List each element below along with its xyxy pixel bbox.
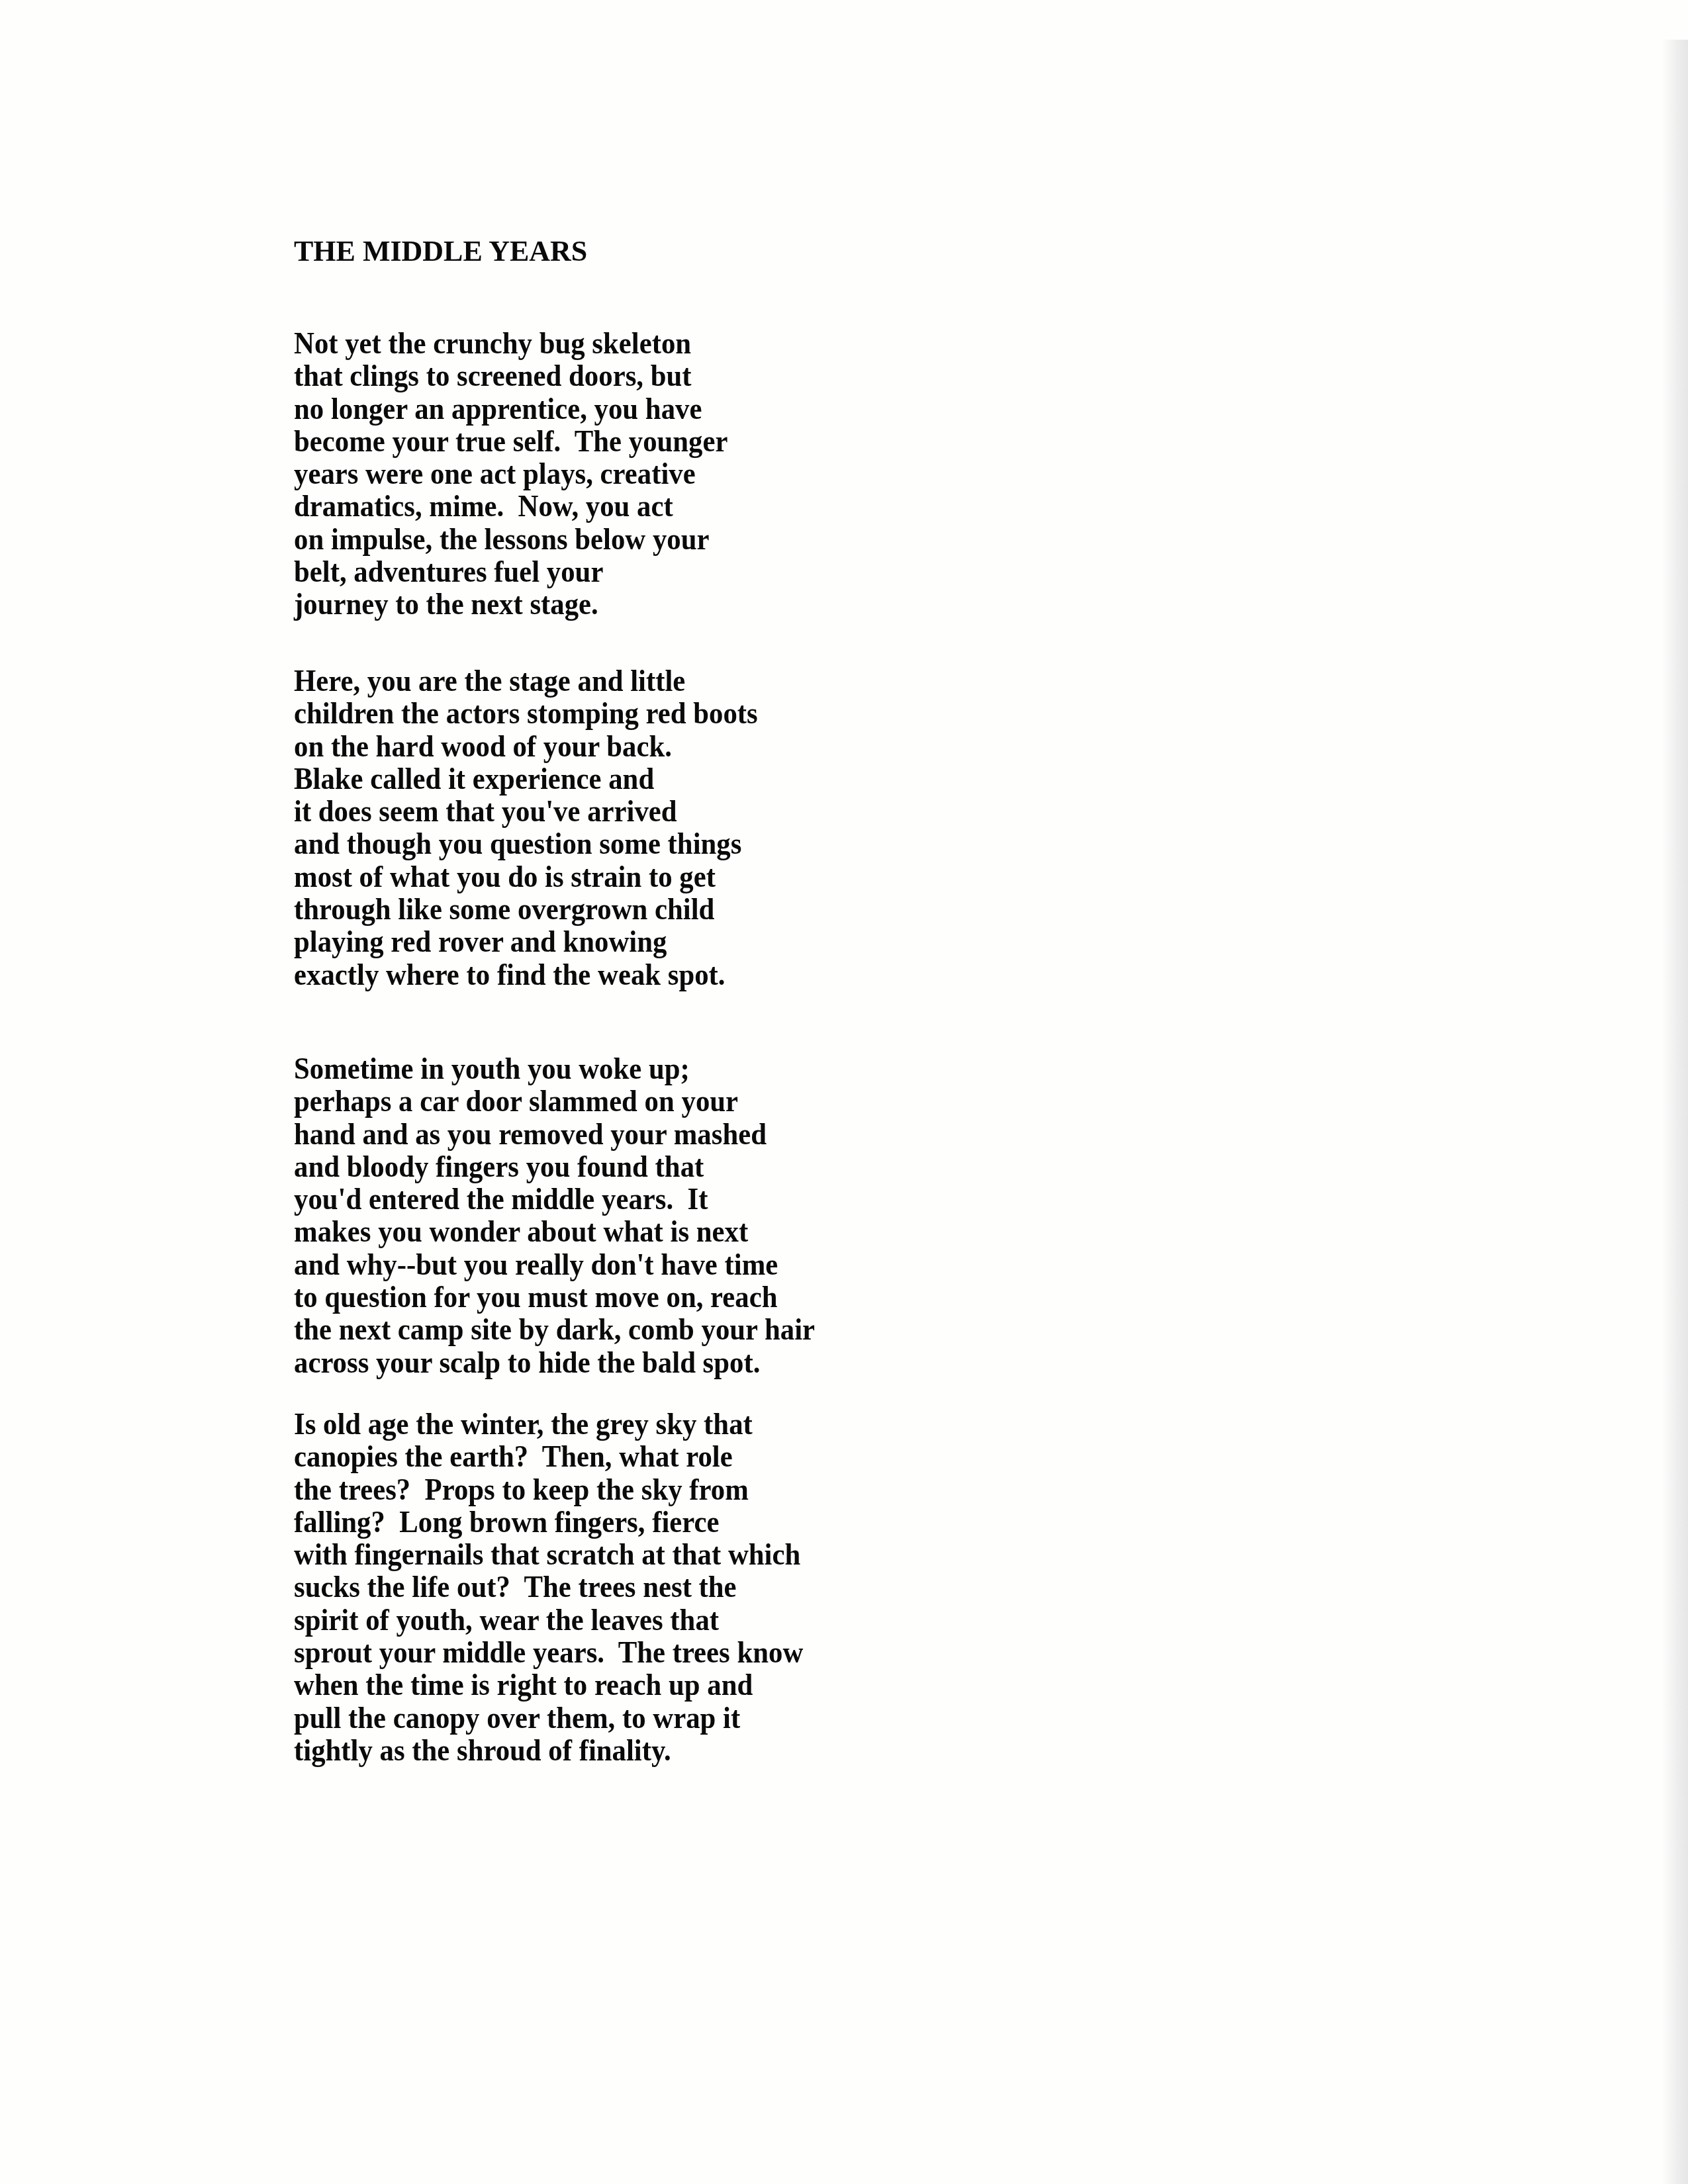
poem-line: exactly where to find the weak spot. xyxy=(294,958,758,991)
poem-line: the trees? Props to keep the sky from xyxy=(294,1473,803,1506)
poem-line: on impulse, the lessons below your xyxy=(294,523,727,555)
poem-line: Not yet the crunchy bug skeleton xyxy=(294,327,727,359)
poem-line: Is old age the winter, the grey sky that xyxy=(294,1408,803,1440)
poem-line: no longer an apprentice, you have xyxy=(294,392,727,425)
poem-line: Sometime in youth you woke up; xyxy=(294,1052,815,1085)
poem-line: when the time is right to reach up and xyxy=(294,1668,803,1701)
poem-line: Here, you are the stage and little xyxy=(294,664,758,697)
poem-line: spirit of youth, wear the leaves that xyxy=(294,1604,803,1636)
stanza-3: Sometime in youth you woke up;perhaps a … xyxy=(294,1052,815,1379)
poem-line: most of what you do is strain to get xyxy=(294,860,758,893)
poem-line: through like some overgrown child xyxy=(294,893,758,925)
poem-line: become your true self. The younger xyxy=(294,425,727,457)
poem-line: playing red rover and knowing xyxy=(294,925,758,958)
stanza-4: Is old age the winter, the grey sky that… xyxy=(294,1408,803,1766)
poem-line: hand and as you removed your mashed xyxy=(294,1118,815,1150)
stanza-2: Here, you are the stage and littlechildr… xyxy=(294,664,758,991)
poem-line: belt, adventures fuel your xyxy=(294,555,727,588)
poem-line: across your scalp to hide the bald spot. xyxy=(294,1346,815,1379)
poem-line: pull the canopy over them, to wrap it xyxy=(294,1702,803,1734)
poem-line: and why--but you really don't have time xyxy=(294,1248,815,1281)
poem-line: that clings to screened doors, but xyxy=(294,359,727,392)
poem-line: canopies the earth? Then, what role xyxy=(294,1440,803,1473)
poem-line: sucks the life out? The trees nest the xyxy=(294,1570,803,1603)
poem-line: it does seem that you've arrived xyxy=(294,795,758,827)
poem-line: dramatics, mime. Now, you act xyxy=(294,490,727,522)
scan-edge-shadow xyxy=(1662,40,1688,2184)
poem-line: to question for you must move on, reach xyxy=(294,1281,815,1313)
stanza-1: Not yet the crunchy bug skeletonthat cli… xyxy=(294,327,727,621)
poem-line: falling? Long brown fingers, fierce xyxy=(294,1506,803,1538)
poem-line: journey to the next stage. xyxy=(294,588,727,620)
poem-line: and bloody fingers you found that xyxy=(294,1150,815,1183)
poem-line: and though you question some things xyxy=(294,827,758,860)
poem-line: you'd entered the middle years. It xyxy=(294,1183,815,1215)
poem-line: on the hard wood of your back. xyxy=(294,730,758,762)
poem-line: with fingernails that scratch at that wh… xyxy=(294,1538,803,1570)
poem-line: tightly as the shroud of finality. xyxy=(294,1734,803,1766)
poem-line: the next camp site by dark, comb your ha… xyxy=(294,1313,815,1345)
poem-line: years were one act plays, creative xyxy=(294,457,727,490)
poem-title: THE MIDDLE YEARS xyxy=(294,235,587,268)
poem-line: sprout your middle years. The trees know xyxy=(294,1636,803,1668)
poem-line: children the actors stomping red boots xyxy=(294,697,758,729)
poem-line: perhaps a car door slammed on your xyxy=(294,1085,815,1117)
poem-line: makes you wonder about what is next xyxy=(294,1215,815,1248)
poem-line: Blake called it experience and xyxy=(294,762,758,795)
